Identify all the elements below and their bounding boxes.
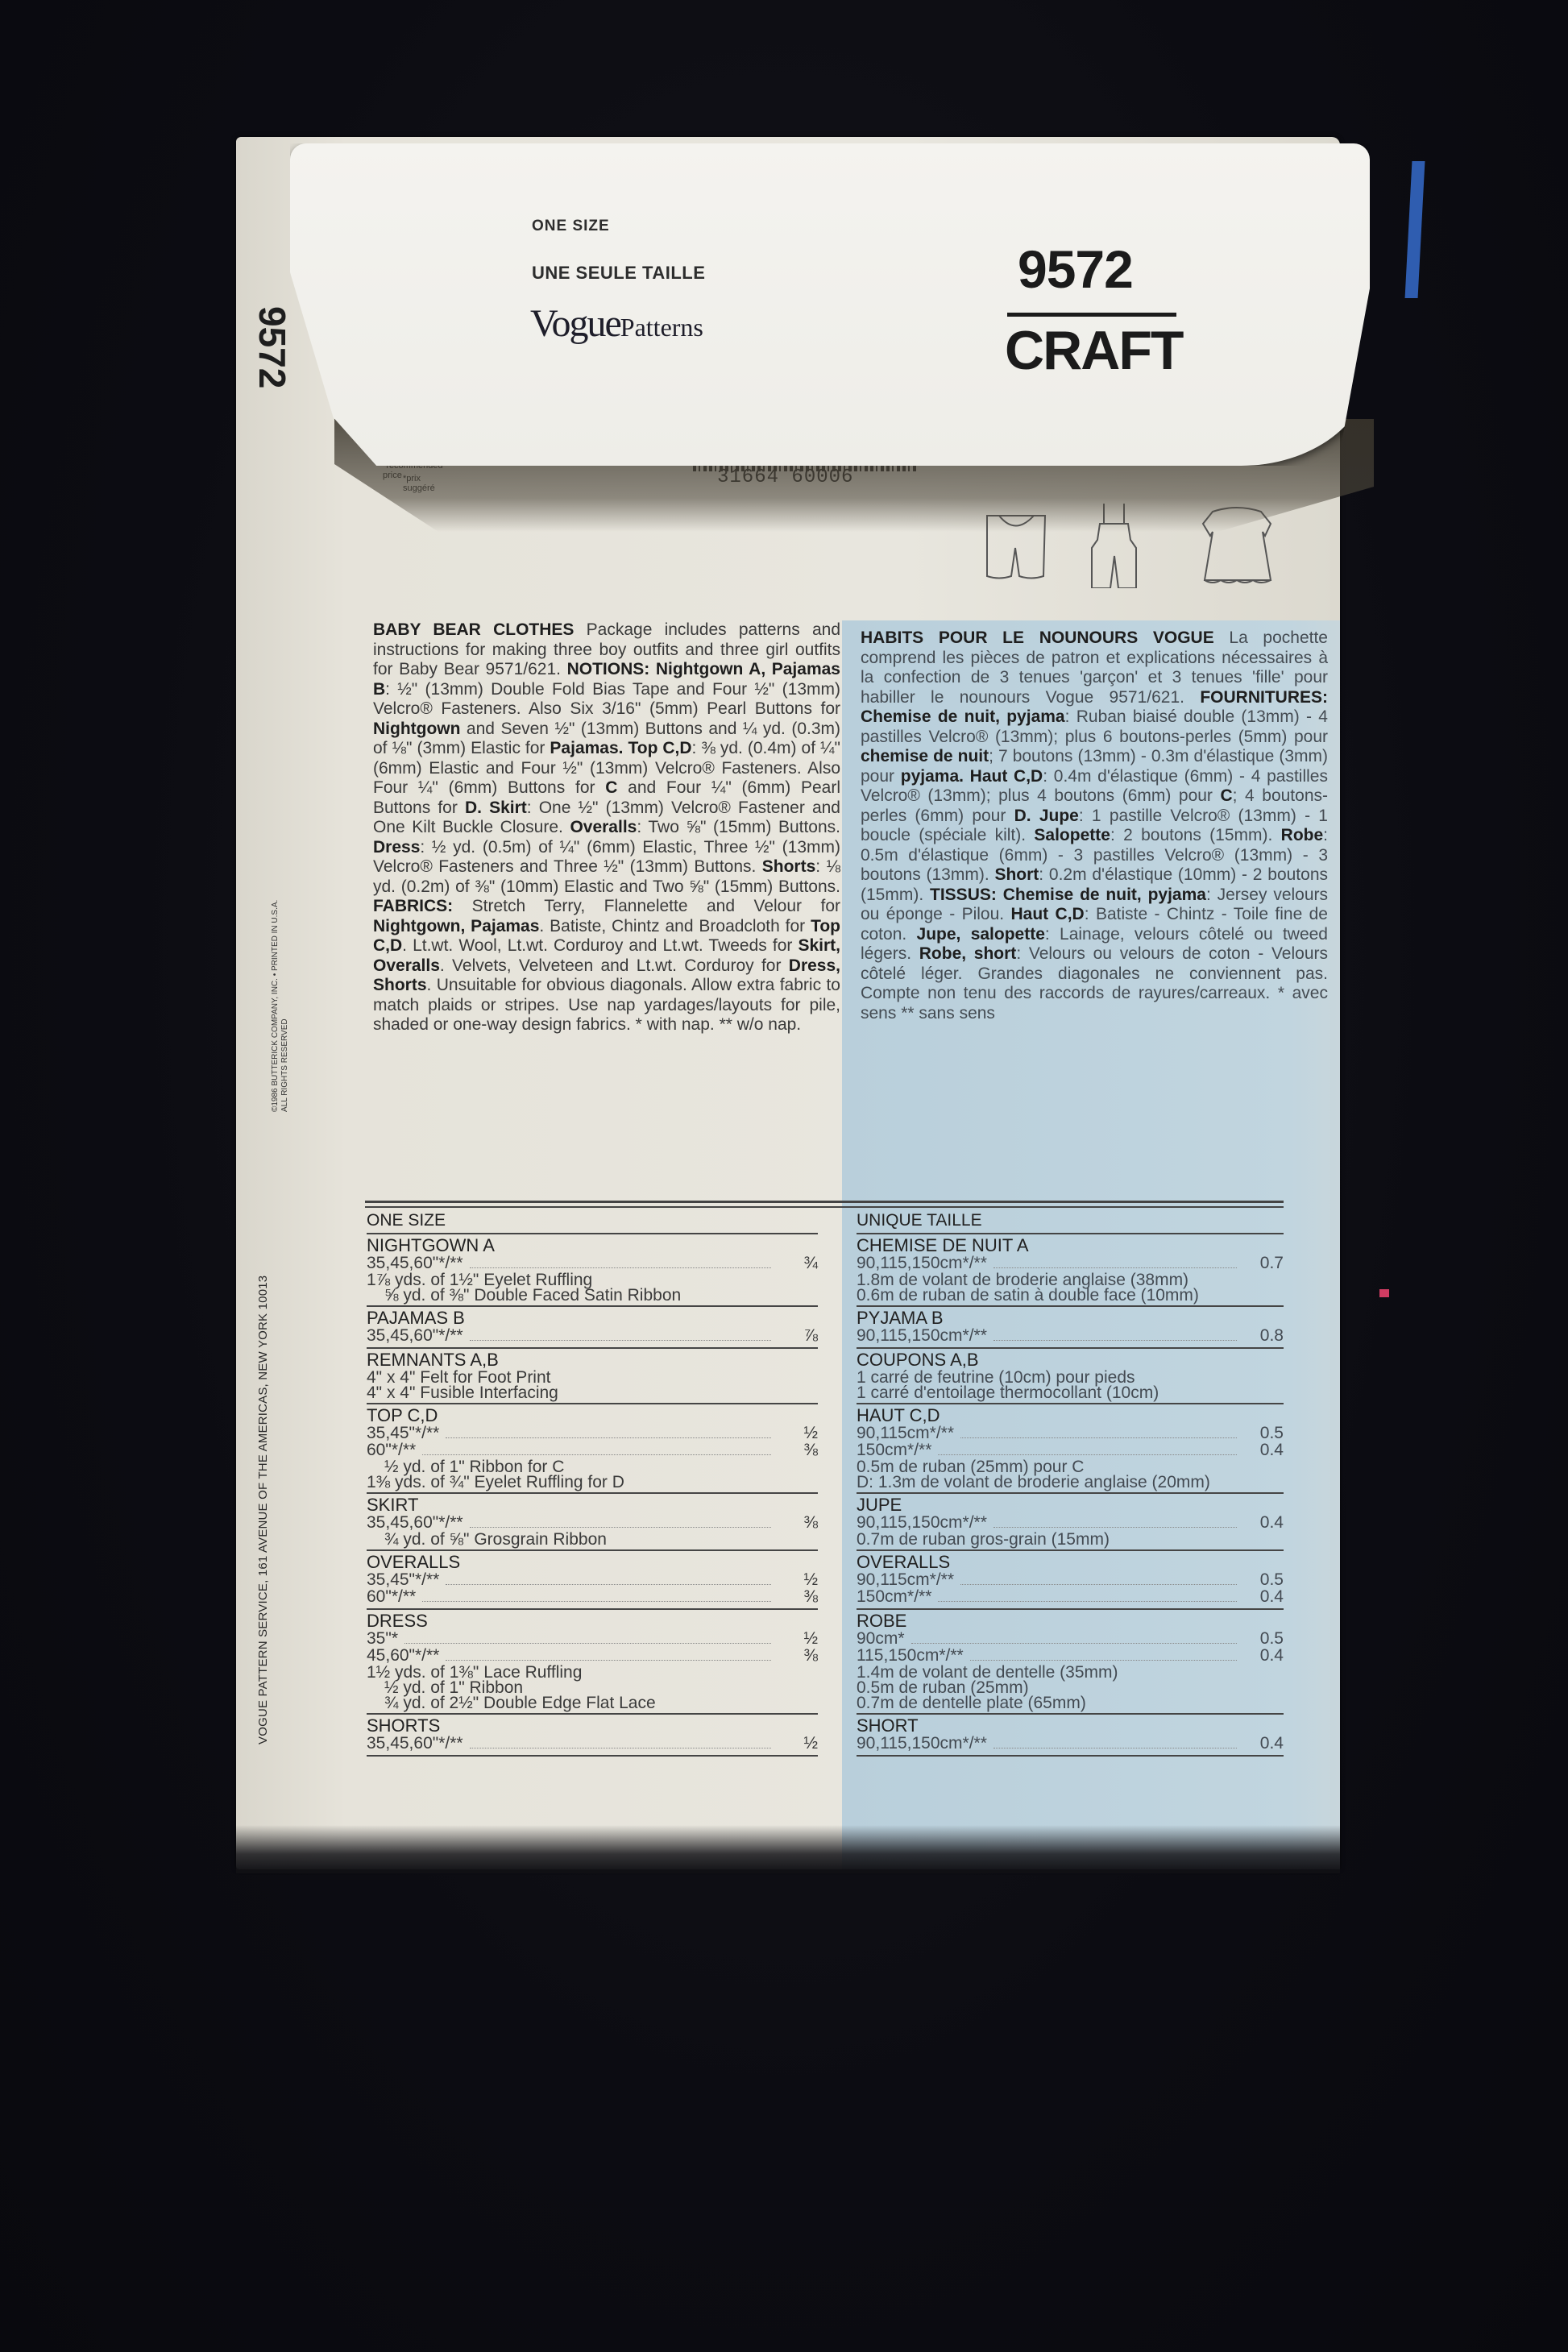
section-title: OVERALLS: [367, 1553, 818, 1572]
table-section: SHORT90,115,150cm*/**0.4: [857, 1715, 1284, 1757]
description-title-fr: HABITS POUR LE NOUNOURS VOGUE: [861, 628, 1214, 647]
notion-note: ⅝ yd. of ⅜" Double Faced Satin Ribbon: [367, 1288, 818, 1303]
spine-address: VOGUE PATTERN SERVICE, 161 AVENUE OF THE…: [256, 1276, 270, 1744]
yardage-table-en: ONE SIZENIGHTGOWN A35,45,60"*/**¾1⅞ yds.…: [367, 1209, 818, 1757]
table-row: 90cm*0.5: [857, 1631, 1284, 1648]
table-section: PYJAMA B90,115,150cm*/**0.8: [857, 1307, 1284, 1349]
table-section: OVERALLS90,115cm*/**0.5150cm*/**0.4: [857, 1551, 1284, 1610]
table-row: 150cm*/**0.4: [857, 1442, 1284, 1459]
table-section: NIGHTGOWN A35,45,60"*/**¾1⅞ yds. of 1½" …: [367, 1234, 818, 1307]
section-title: HAUT C,D: [857, 1406, 1284, 1425]
section-title: NIGHTGOWN A: [367, 1236, 818, 1255]
pattern-number: 9572: [1018, 239, 1133, 300]
notion-note: 4" x 4" Fusible Interfacing: [367, 1385, 818, 1400]
size-label-fr: UNE SEULE TAILLE: [532, 263, 705, 284]
table-row: 45,60"*/**⅜: [367, 1648, 818, 1665]
table-header: UNIQUE TAILLE: [857, 1209, 1284, 1234]
table-row: 35,45,60"*/**⅜: [367, 1515, 818, 1532]
table-row: 60"*/**⅜: [367, 1589, 818, 1606]
table-row: 150cm*/**0.4: [857, 1589, 1284, 1606]
notions-en: Nightgown A, Pajamas B: ½" (13mm) Double…: [373, 660, 840, 896]
table-row: 35,45"*/**½: [367, 1572, 818, 1589]
table-section: CHEMISE DE NUIT A90,115,150cm*/**0.71.8m…: [857, 1234, 1284, 1307]
pink-mark: [1379, 1289, 1389, 1297]
description-en: BABY BEAR CLOTHES Package includes patte…: [373, 620, 840, 1035]
description-title: BABY BEAR CLOTHES: [373, 620, 574, 639]
description-fr: HABITS POUR LE NOUNOURS VOGUE La pochett…: [861, 628, 1328, 1023]
spine-pattern-number: 9572: [133, 298, 246, 346]
pattern-number-rule: [1007, 313, 1176, 317]
blue-edge-top: [1405, 161, 1425, 298]
table-rule: [365, 1206, 1284, 1208]
table-rule: [365, 1201, 1284, 1203]
section-title: OVERALLS: [857, 1553, 1284, 1572]
notion-note: 1⅜ yds. of ¾" Eyelet Ruffling for D: [367, 1475, 818, 1490]
table-section: OVERALLS35,45"*/**½60"*/**⅜: [367, 1551, 818, 1610]
table-row: 60"*/**⅜: [367, 1442, 818, 1459]
table-header: ONE SIZE: [367, 1209, 818, 1234]
section-title: PYJAMA B: [857, 1309, 1284, 1328]
table-row: 35,45,60"*/**¾: [367, 1255, 818, 1272]
section-title: CHEMISE DE NUIT A: [857, 1236, 1284, 1255]
notion-note: ¾ yd. of 2½" Double Edge Flat Lace: [367, 1695, 818, 1711]
section-title: SHORT: [857, 1716, 1284, 1736]
table-section: HAUT C,D90,115cm*/**0.5150cm*/**0.40.5m …: [857, 1404, 1284, 1494]
envelope-flap: ONE SIZE UNE SEULE TAILLE VoguePatterns …: [290, 143, 1370, 466]
notion-note: D: 1.3m de volant de broderie anglaise (…: [857, 1475, 1284, 1490]
spine-copyright: ©1986 BUTTERICK COMPANY, INC. • PRINTED …: [271, 900, 290, 1112]
section-title: ROBE: [857, 1612, 1284, 1631]
table-row: 35,45,60"*/**⅞: [367, 1328, 818, 1345]
notions-fr: Chemise de nuit, pyjama: Ruban biaisé do…: [861, 707, 1328, 904]
table-row: 115,150cm*/**0.4: [857, 1648, 1284, 1665]
table-section: JUPE90,115,150cm*/**0.40.7m de ruban gro…: [857, 1494, 1284, 1551]
fabrics-fr: Chemise de nuit, pyjama: Jersey velours …: [861, 886, 1328, 1023]
table-section: DRESS35"*½45,60"*/**⅜1½ yds. of 1⅜" Lace…: [367, 1610, 818, 1715]
table-section: SHORTS35,45,60"*/**½: [367, 1715, 818, 1757]
brand-logo: VoguePatterns: [530, 301, 703, 346]
notion-note: 0.7m de ruban gros-grain (15mm): [857, 1532, 1284, 1547]
section-title: SKIRT: [367, 1495, 818, 1515]
table-row: 90,115,150cm*/**0.4: [857, 1515, 1284, 1532]
yardage-table-fr: UNIQUE TAILLECHEMISE DE NUIT A90,115,150…: [857, 1209, 1284, 1757]
table-row: 35"*½: [367, 1631, 818, 1648]
table-section: SKIRT35,45,60"*/**⅜¾ yd. of ⅝" Grosgrain…: [367, 1494, 818, 1551]
bottom-shadow: [236, 1825, 1340, 1873]
table-section: COUPONS A,B1 carré de feutrine (10cm) po…: [857, 1349, 1284, 1404]
notion-note: 0.7m de dentelle plate (65mm): [857, 1695, 1284, 1711]
table-section: ROBE90cm*0.5115,150cm*/**0.41.4m de vola…: [857, 1610, 1284, 1715]
table-row: 90,115cm*/**0.5: [857, 1572, 1284, 1589]
section-title: SHORTS: [367, 1716, 818, 1736]
notion-note: ¾ yd. of ⅝" Grosgrain Ribbon: [367, 1532, 818, 1547]
notion-note: 1 carré d'entoilage thermocollant (10cm): [857, 1385, 1284, 1400]
table-row: 90,115,150cm*/**0.8: [857, 1328, 1284, 1345]
table-section: TOP C,D35,45"*/**½60"*/**⅜½ yd. of 1" Ri…: [367, 1404, 818, 1494]
table-row: 90,115cm*/**0.5: [857, 1425, 1284, 1442]
section-title: TOP C,D: [367, 1406, 818, 1425]
section-title: PAJAMAS B: [367, 1309, 818, 1328]
table-row: 35,45"*/**½: [367, 1425, 818, 1442]
section-title: DRESS: [367, 1612, 818, 1631]
section-title: REMNANTS A,B: [367, 1350, 818, 1370]
pattern-category: CRAFT: [1005, 319, 1182, 382]
section-title: COUPONS A,B: [857, 1350, 1284, 1370]
size-label-en: ONE SIZE: [532, 218, 610, 235]
fabrics-en: Stretch Terry, Flannelette and Velour fo…: [373, 897, 840, 1034]
table-row: 90,115,150cm*/**0.4: [857, 1736, 1284, 1753]
table-row: 90,115,150cm*/**0.7: [857, 1255, 1284, 1272]
table-section: REMNANTS A,B4" x 4" Felt for Foot Print4…: [367, 1349, 818, 1404]
section-title: JUPE: [857, 1495, 1284, 1515]
notion-note: 0.6m de ruban de satin à double face (10…: [857, 1288, 1284, 1303]
table-row: 35,45,60"*/**½: [367, 1736, 818, 1753]
table-section: PAJAMAS B35,45,60"*/**⅞: [367, 1307, 818, 1349]
